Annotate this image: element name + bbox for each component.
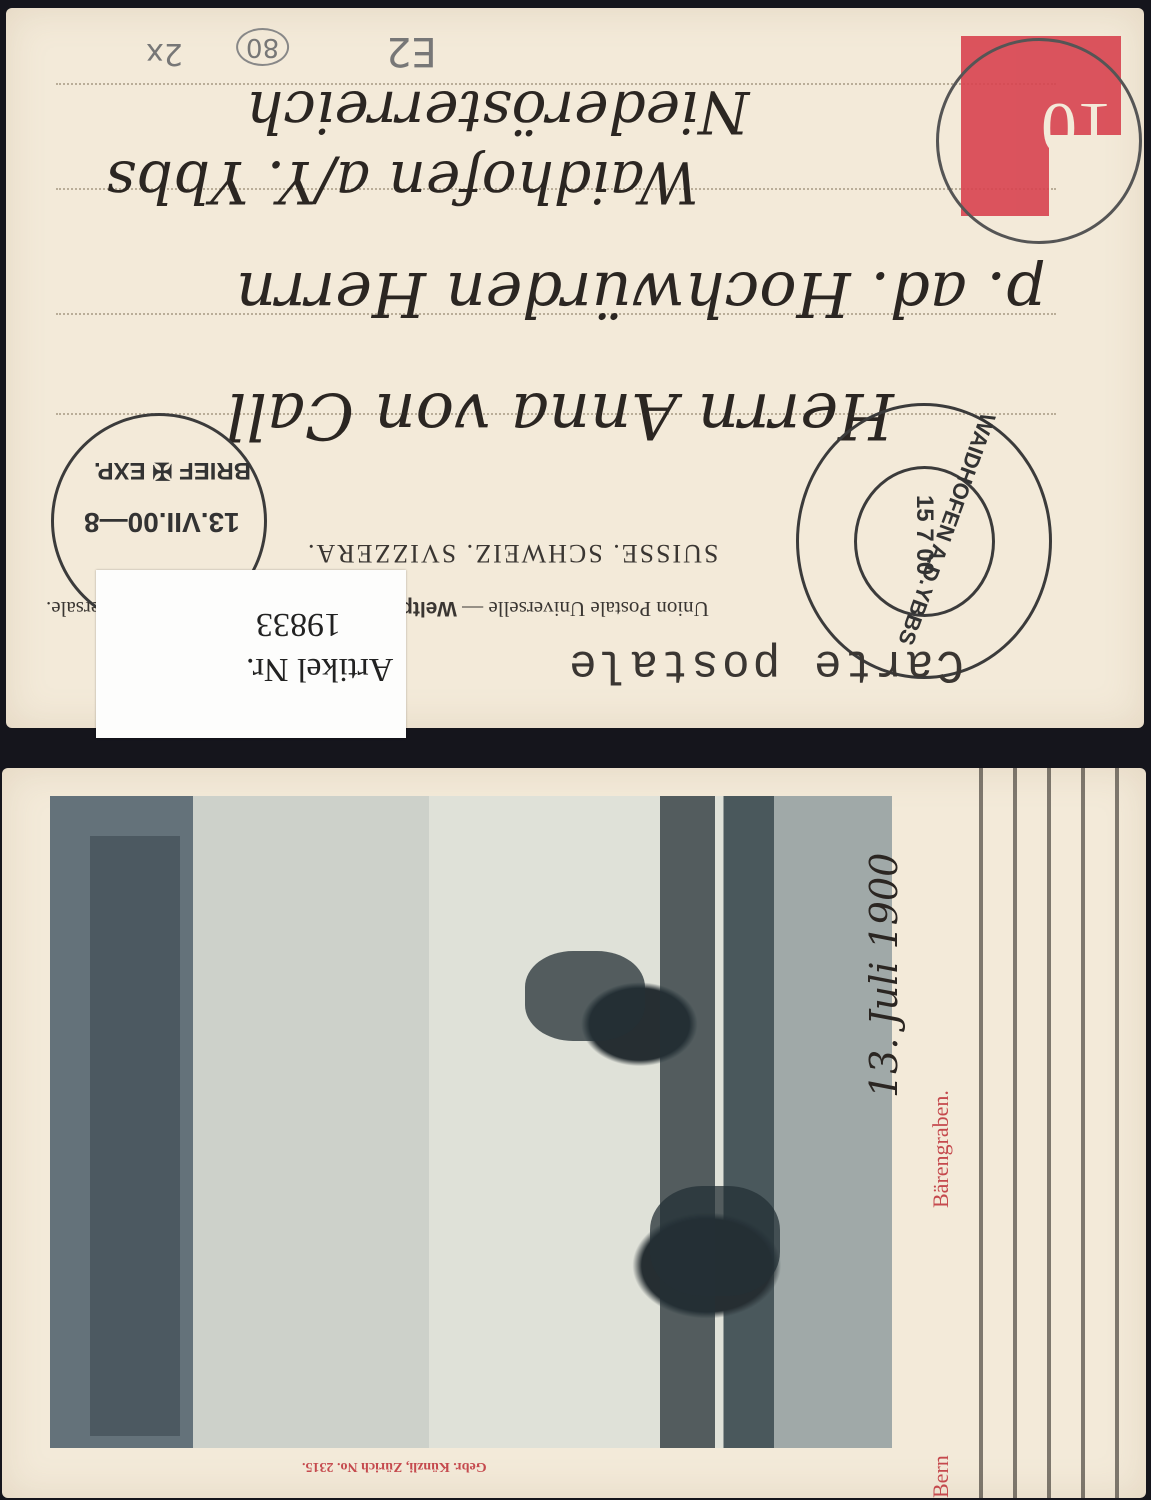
handwritten-address-line: Niederösterreich xyxy=(246,78,749,146)
photo-bear xyxy=(650,1186,780,1296)
handwritten-message xyxy=(957,768,1142,1498)
photo-baerengraben xyxy=(50,796,892,1448)
article-number: 19833 xyxy=(256,605,341,643)
photo-bear xyxy=(525,951,645,1041)
article-number-label: Artikel Nr. 19833 xyxy=(96,570,406,738)
carte-postale-title: Carte postale xyxy=(566,638,964,690)
postmark-on-stamp xyxy=(936,38,1142,244)
photo-trees xyxy=(90,836,180,1436)
caption-place: Bern xyxy=(928,1455,954,1498)
country-line: SUISSE. SCHWEIZ. SVIZZERA. xyxy=(306,538,718,568)
article-label-text: Artikel Nr. xyxy=(246,650,393,688)
handwritten-address-line: p. ad. Hochwürden Herrn xyxy=(236,258,1046,331)
pencil-note: 2x xyxy=(146,36,183,71)
caption-title: Bärengraben. xyxy=(928,1090,954,1208)
publisher-line: Gebr. Künzli, Zürich No. 2315. xyxy=(302,1458,487,1474)
handwritten-address-line: Herrn Anna von Call xyxy=(226,378,894,452)
pencil-note: E2 xyxy=(386,28,437,74)
handwritten-address-line: Waidhofen a/Y. Ybbs xyxy=(106,148,699,216)
handwritten-date: 13. Juli 1900 xyxy=(862,853,906,1098)
pencil-note-circled: 80 xyxy=(236,28,289,66)
photo-wall xyxy=(660,796,715,1448)
postcard-picture-side: Bern Bärengraben. 13. Juli 1900 Gebr. Kü… xyxy=(2,768,1146,1498)
